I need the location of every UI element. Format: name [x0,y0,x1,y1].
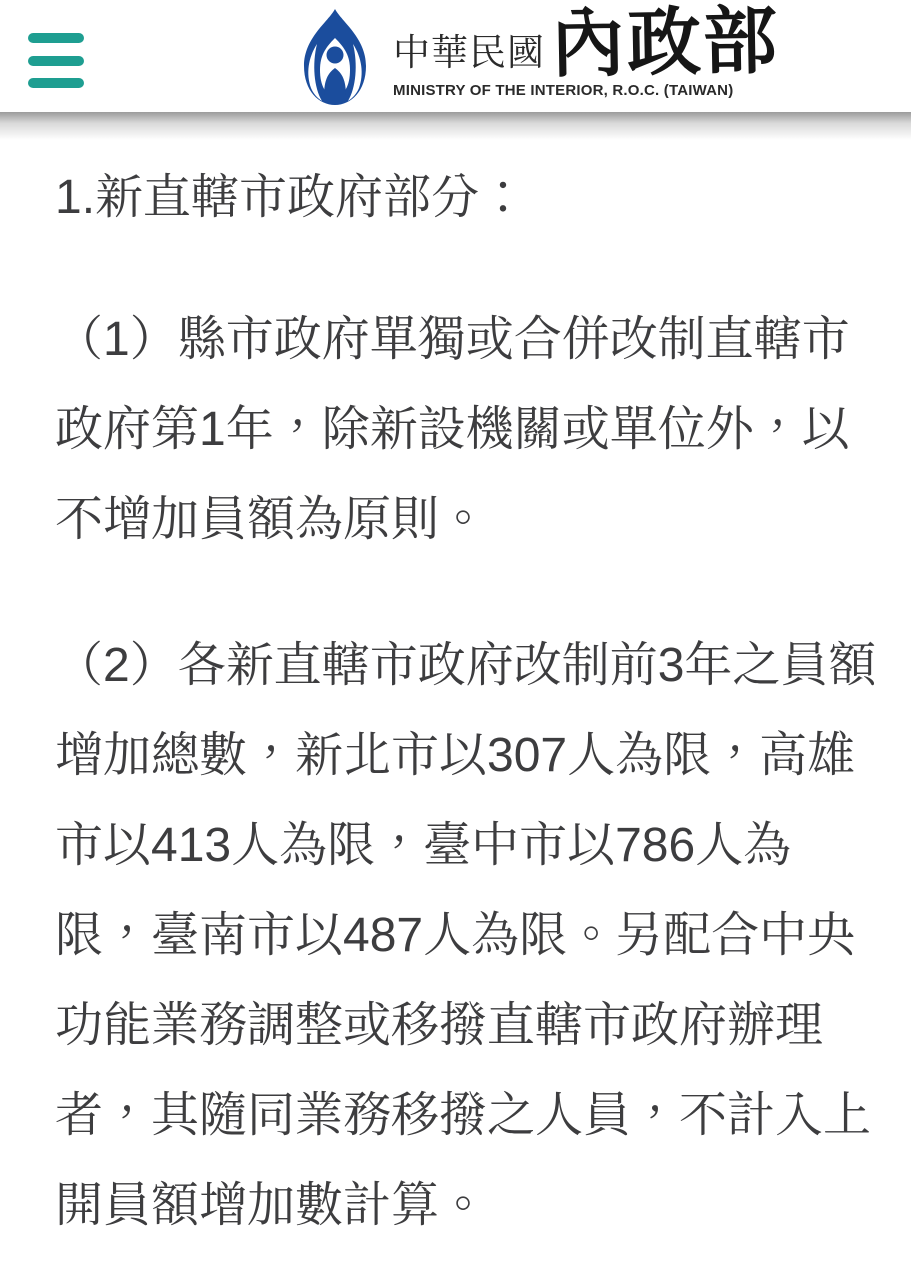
logo-title-moi: 內政部 [550,6,779,80]
paragraph-item-1: （1）縣市政府單獨或合併改制直轄市 政府第1年，除新設機關或單位外，以 不增加員… [55,295,881,565]
page: { "header": { "menu_icon": "hamburger-me… [0,0,911,1280]
hamburger-bar [28,56,84,66]
hamburger-bar [28,33,84,43]
header-drop-shadow [0,112,911,140]
hamburger-menu-icon[interactable] [28,33,84,88]
logo-zh-row: 中華民國 內政部 [393,8,779,78]
section-heading: 1.新直轄市政府部分： [55,153,881,243]
moi-emblem-icon [297,8,373,108]
moi-logo-link[interactable]: 中華民國 內政部 MINISTRY OF THE INTERIOR, R.O.C… [297,8,779,108]
header-bar: 中華民國 內政部 MINISTRY OF THE INTERIOR, R.O.C… [0,0,911,112]
paragraph-item-2: （2）各新直轄市政府改制前3年之員額 增加總數，新北市以307人為限，高雄 市以… [55,621,881,1251]
logo-title-roc: 中華民國 [393,34,545,71]
article-content: 1.新直轄市政府部分： （1）縣市政府單獨或合併改制直轄市 政府第1年，除新設機… [0,140,911,1251]
logo-text-block: 中華民國 內政部 MINISTRY OF THE INTERIOR, R.O.C… [393,8,779,99]
hamburger-bar [28,78,84,88]
